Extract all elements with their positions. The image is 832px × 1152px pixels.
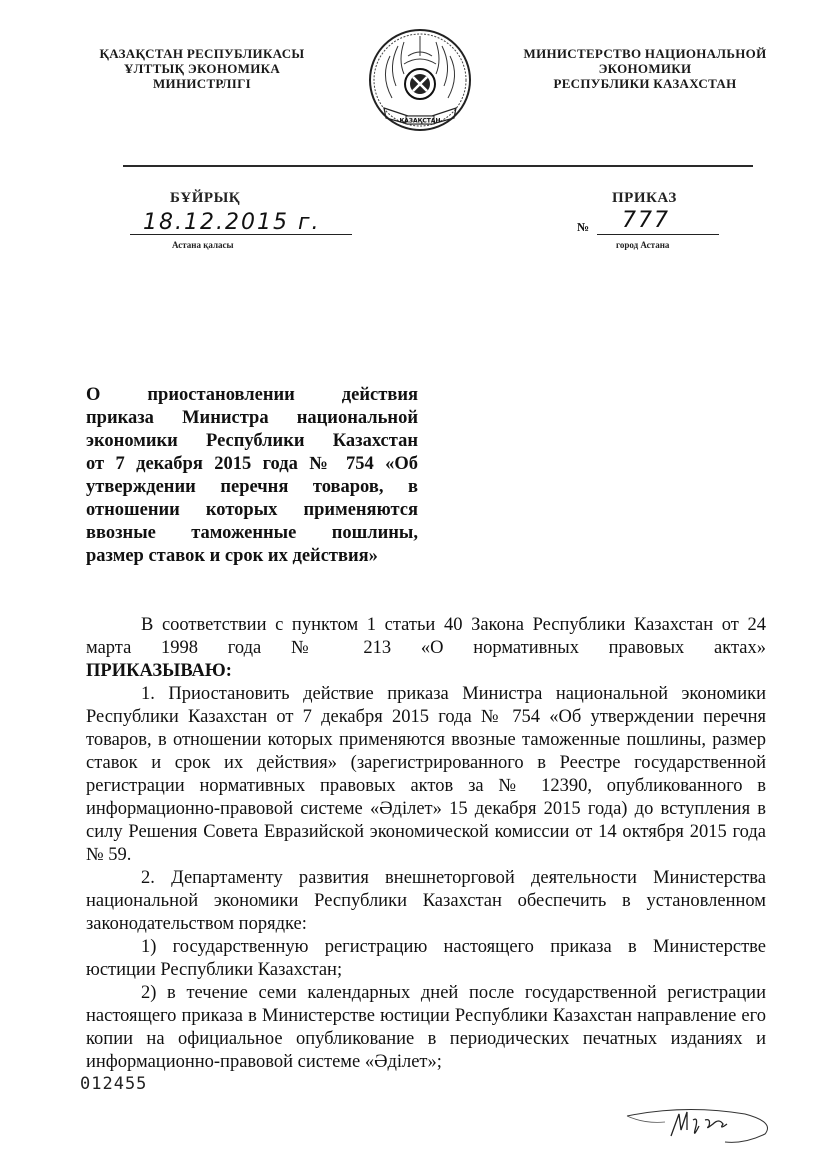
subject-line: О приостановлении действия <box>86 384 418 407</box>
state-emblem-icon: ҚАЗАҚСТАН <box>368 26 472 138</box>
number-underline <box>597 234 719 235</box>
item-1-paragraph: 1. Приостановить действие приказа Минист… <box>86 683 766 867</box>
item-2-paragraph: 2. Департаменту развития внешнеторговой … <box>86 867 766 936</box>
preamble-paragraph: В соответствии с пунктом 1 статьи 40 Зак… <box>86 614 766 660</box>
order-title-russian: ПРИКАЗ <box>612 190 677 207</box>
svg-text:ҚАЗАҚСТАН: ҚАЗАҚСТАН <box>399 118 440 125</box>
number-label: № <box>577 220 589 235</box>
order-body: В соответствии с пунктом 1 статьи 40 Зак… <box>86 614 766 1074</box>
ministry-kz-line-3: МИНИСТРЛІГІ <box>82 76 322 91</box>
ministry-ru-line-1: МИНИСТЕРСТВО НАЦИОНАЛЬНОЙ <box>500 46 790 61</box>
subject-line: отношении которых применяются <box>86 499 418 522</box>
order-date-handwritten: 18.12.2015 г. <box>143 210 321 235</box>
date-underline <box>130 234 352 235</box>
subject-line: от 7 декабря 2015 года № 754 «Об <box>86 453 418 476</box>
subject-line: утверждении перечня товаров, в <box>86 476 418 499</box>
city-kazakh: Астана қаласы <box>172 240 234 250</box>
order-number-handwritten: 777 <box>622 208 670 233</box>
ministry-ru-line-3: РЕСПУБЛИКИ КАЗАХСТАН <box>500 76 790 91</box>
ministry-kz-line-1: ҚАЗАҚСТАН РЕСПУБЛИКАСЫ <box>82 46 322 61</box>
subject-line: ввозные таможенные пошлины, <box>86 522 418 545</box>
header-divider <box>123 165 753 167</box>
item-2-1-paragraph: 1) государственную регистрацию настоящег… <box>86 936 766 982</box>
ministry-name-kazakh: ҚАЗАҚСТАН РЕСПУБЛИКАСЫ ҰЛТТЫҚ ЭКОНОМИКА … <box>82 46 322 91</box>
order-title-kazakh: БҰЙРЫҚ <box>170 190 240 207</box>
document-serial-number: 012455 <box>80 1074 147 1094</box>
ministry-name-russian: МИНИСТЕРСТВО НАЦИОНАЛЬНОЙ ЭКОНОМИКИ РЕСП… <box>500 46 790 91</box>
ministry-kz-line-2: ҰЛТТЫҚ ЭКОНОМИКА <box>82 61 322 76</box>
signature-initials-icon <box>615 1100 785 1150</box>
city-russian: город Астана <box>616 240 669 250</box>
order-subject: О приостановлении действия приказа Минис… <box>86 384 418 568</box>
subject-line: размер ставок и срок их действия» <box>86 545 418 568</box>
subject-line: приказа Министра национальной <box>86 407 418 430</box>
ministry-ru-line-2: ЭКОНОМИКИ <box>500 61 790 76</box>
subject-line: экономики Республики Казахстан <box>86 430 418 453</box>
item-2-2-paragraph: 2) в течение семи календарных дней после… <box>86 982 766 1074</box>
command-word: ПРИКАЗЫВАЮ: <box>86 660 766 683</box>
